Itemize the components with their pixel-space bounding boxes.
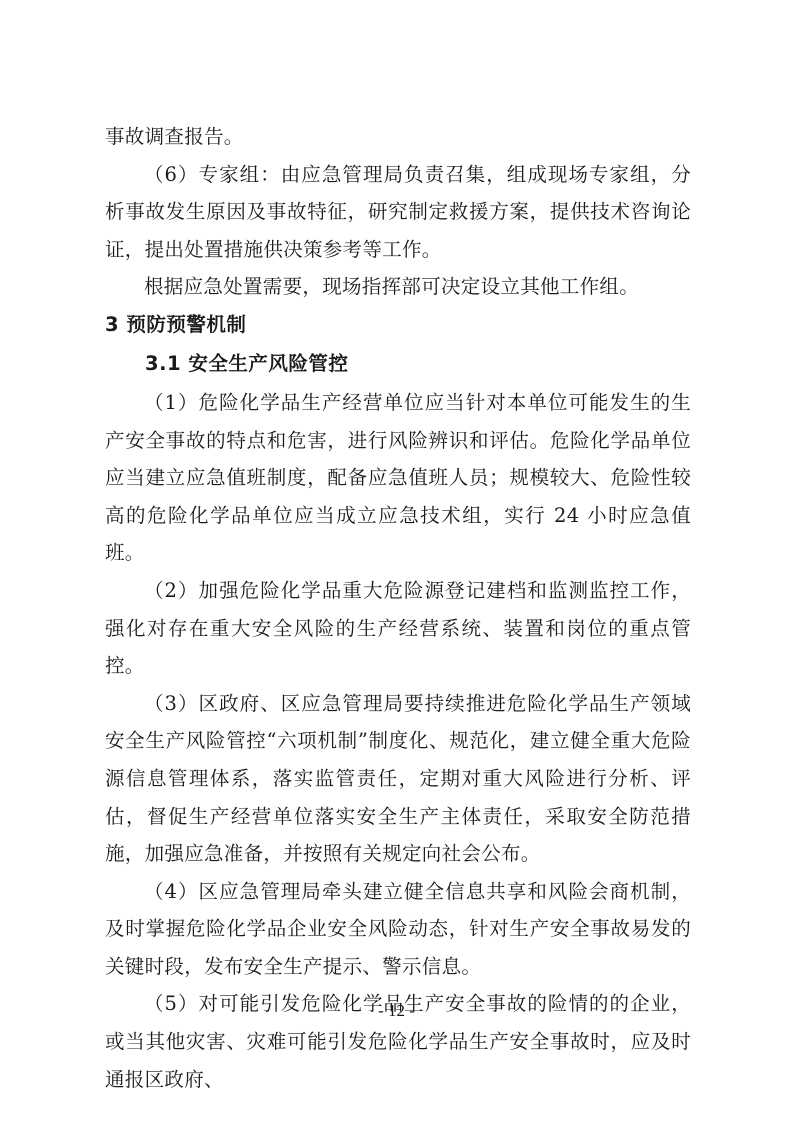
paragraph-other-groups: 根据应急处置需要，现场指挥部可决定设立其他工作组。: [105, 268, 691, 306]
paragraph-expert-group: （6）专家组：由应急管理局负责召集，组成现场专家组，分析事故发生原因及事故特征，…: [105, 156, 691, 269]
paragraph-item-4: （4）区应急管理局牵头建立健全信息共享和风险会商机制，及时掌握危险化学品企业安全…: [105, 873, 691, 986]
paragraph-item-1: （1）危险化学品生产经营单位应当针对本单位可能发生的生产安全事故的特点和危害，进…: [105, 384, 691, 572]
document-page: 事故调查报告。 （6）专家组：由应急管理局负责召集，组成现场专家组，分析事故发生…: [105, 118, 691, 1098]
page-number: - 12 -: [0, 1001, 793, 1021]
paragraph-continuation: 事故调查报告。: [105, 118, 691, 156]
subsection-heading-3-1: 3.1 安全生产风险管控: [145, 344, 691, 384]
section-heading-3: 3 预防预警机制: [105, 306, 691, 344]
paragraph-item-2: （2）加强危险化学品重大危险源登记建档和监测监控工作，强化对存在重大安全风险的生…: [105, 572, 691, 685]
paragraph-item-3: （3）区政府、区应急管理局要持续推进危险化学品生产领域安全生产风险管控“六项机制…: [105, 685, 691, 873]
